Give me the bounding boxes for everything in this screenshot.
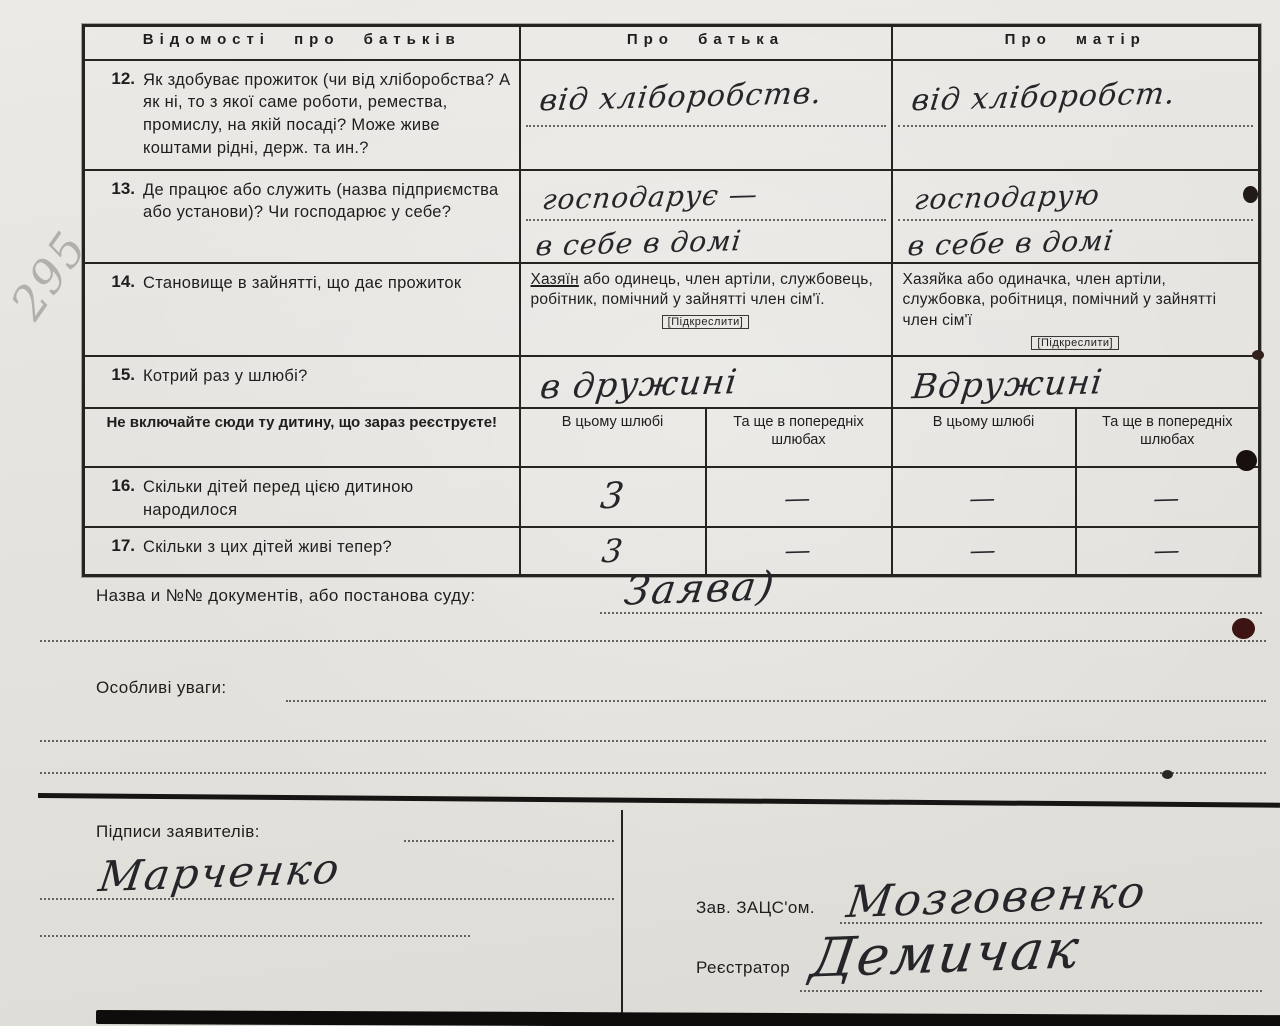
father-status-options: Хазяїн або одинець, член артіли, службов… — [527, 268, 885, 312]
documents-label: Назва и №№ документів, або постанова суд… — [96, 586, 475, 606]
underline-instruction: [Підкреслити] — [662, 315, 750, 329]
value-cell: 3 — [520, 467, 706, 527]
mother-status-options-cell: Хазяйка або одиначка, член артіли, служб… — [892, 263, 1260, 357]
parents-registration-table: Відомості про батьків Про батька Про мат… — [82, 24, 1261, 577]
signature-dotted-line — [40, 898, 614, 900]
applicants-signatures-label: Підписи заявителів: — [96, 822, 260, 842]
dotted-line — [40, 640, 1266, 642]
father-previous-marriages-header: Та ще в попередніх шлюбах — [706, 408, 892, 467]
father-options-rest: або одинець, член артіли, службовець, ро… — [531, 271, 873, 309]
father-this-marriage-header: В цьому шлюбі — [520, 408, 706, 467]
dash-value: — — [783, 532, 814, 567]
question-row-12: 12. Як здобуває прожиток (чи від хліборо… — [84, 60, 1260, 170]
table-header-row: Відомості про батьків Про батька Про мат… — [84, 26, 1260, 60]
question-number: 17. — [101, 536, 141, 559]
question-text: Становище в зайнятті, що дає прожиток — [143, 272, 511, 295]
question-text: Котрий раз у шлюбі? — [143, 365, 511, 388]
documents-handwritten-value: Заява) — [621, 563, 778, 614]
father-status-options-cell: Хазяїн або одинець, член артіли, службов… — [520, 263, 892, 357]
remarks-label: Особливі уваги: — [96, 678, 227, 698]
signature-section-divider — [621, 810, 623, 1026]
subheader-row: Не включайте сюди ту дитину, що зараз ре… — [84, 408, 1260, 467]
registry-head-label: Зав. ЗАЦС'ом. — [696, 898, 815, 918]
father-handwritten-answer: від хліборобств. — [523, 60, 888, 118]
registrar-signature: Демичак — [807, 917, 1085, 989]
dotted-line — [40, 740, 1266, 742]
question-row-14: 14. Становище в зайнятті, що дає прожито… — [84, 263, 1260, 357]
signature-dotted-line — [40, 935, 470, 937]
scanned-paper-background: 295 Відомості про батьків Про батька Про… — [0, 0, 1280, 1026]
value-cell: — — [892, 467, 1076, 527]
answer-line — [898, 125, 1254, 127]
question-number: 13. — [101, 179, 141, 225]
header-parents-info: Відомості про батьків — [84, 26, 520, 60]
signature-dotted-line — [800, 990, 1262, 992]
documents-dotted-line — [600, 612, 1262, 614]
children-count-value: 3 — [600, 532, 626, 571]
ink-blot — [1232, 618, 1255, 639]
father-handwritten-answer: в дружині — [524, 357, 888, 408]
mother-answer-cell: Вдружині — [892, 356, 1260, 408]
mother-status-options: Хазяйка або одиначка, член артіли, служб… — [899, 268, 1253, 333]
ink-blot — [1243, 186, 1258, 203]
dash-value: — — [968, 532, 999, 567]
registrar-label: Реєстратор — [696, 958, 790, 978]
question-row-13: 13. Де працює або служить (назва підприє… — [84, 170, 1260, 263]
value-cell: — — [706, 467, 892, 527]
section-divider-line — [38, 793, 1280, 808]
ink-blot — [1252, 350, 1264, 360]
mother-this-marriage-header: В цьому шлюбі — [892, 408, 1076, 467]
question-number: 15. — [101, 365, 141, 388]
answer-line — [526, 125, 886, 127]
scan-edge-shadow — [96, 1010, 1280, 1026]
mother-answer-cell: від хліборобст. — [892, 60, 1260, 170]
mother-handwritten-answer: від хліборобст. — [895, 60, 1255, 118]
value-cell: — — [1076, 527, 1260, 576]
mother-handwritten-answer-line2: в себе в домі — [896, 212, 1255, 262]
dash-value: — — [968, 472, 1000, 515]
question-row-16: 16. Скільки дітей перед цією дитиною нар… — [84, 467, 1260, 527]
dotted-line — [40, 772, 1266, 774]
remarks-dotted-line — [286, 700, 1266, 702]
header-about-father: Про батька — [520, 26, 892, 60]
father-answer-cell: господарує — в себе в домі — [520, 170, 892, 263]
registry-head-signature: Мозговенко — [844, 867, 1151, 928]
header-about-mother: Про матір — [892, 26, 1260, 60]
ink-blot — [1162, 770, 1173, 779]
exclusion-note: Не включайте сюди ту дитину, що зараз ре… — [84, 408, 520, 467]
applicant-signature: Марченко — [96, 844, 344, 901]
ink-blot — [1236, 450, 1257, 471]
value-cell: — — [892, 527, 1076, 576]
signature-dotted-line — [404, 840, 614, 842]
question-number: 14. — [101, 272, 141, 295]
children-count-value: 3 — [598, 472, 627, 518]
dash-value: — — [1151, 472, 1183, 515]
question-number: 12. — [101, 69, 141, 160]
mother-answer-cell: господарую в себе в домі — [892, 170, 1260, 263]
underline-instruction: [Підкреслити] — [1031, 336, 1119, 350]
question-text: Скільки дітей перед цією дитиною народил… — [143, 476, 511, 522]
underlined-choice: Хазяїн — [531, 271, 579, 288]
question-text: Де працює або служить (назва підприємств… — [143, 179, 511, 225]
question-text: Як здобуває прожиток (чи від хліборобств… — [143, 69, 511, 160]
value-cell: — — [1076, 467, 1260, 527]
father-answer-cell: в дружині — [520, 356, 892, 408]
question-text: Скільки з цих дітей живі тепер? — [143, 536, 511, 559]
question-number: 16. — [101, 476, 141, 522]
question-row-15: 15. Котрий раз у шлюбі? в дружині Вдружи… — [84, 356, 1260, 408]
dash-value: — — [783, 472, 815, 515]
father-answer-cell: від хліборобств. — [520, 60, 892, 170]
dash-value: — — [1152, 532, 1183, 567]
mother-handwritten-answer: Вдружині — [896, 357, 1255, 408]
mother-previous-marriages-header: Та ще в попередніх шлюбах — [1076, 408, 1260, 467]
